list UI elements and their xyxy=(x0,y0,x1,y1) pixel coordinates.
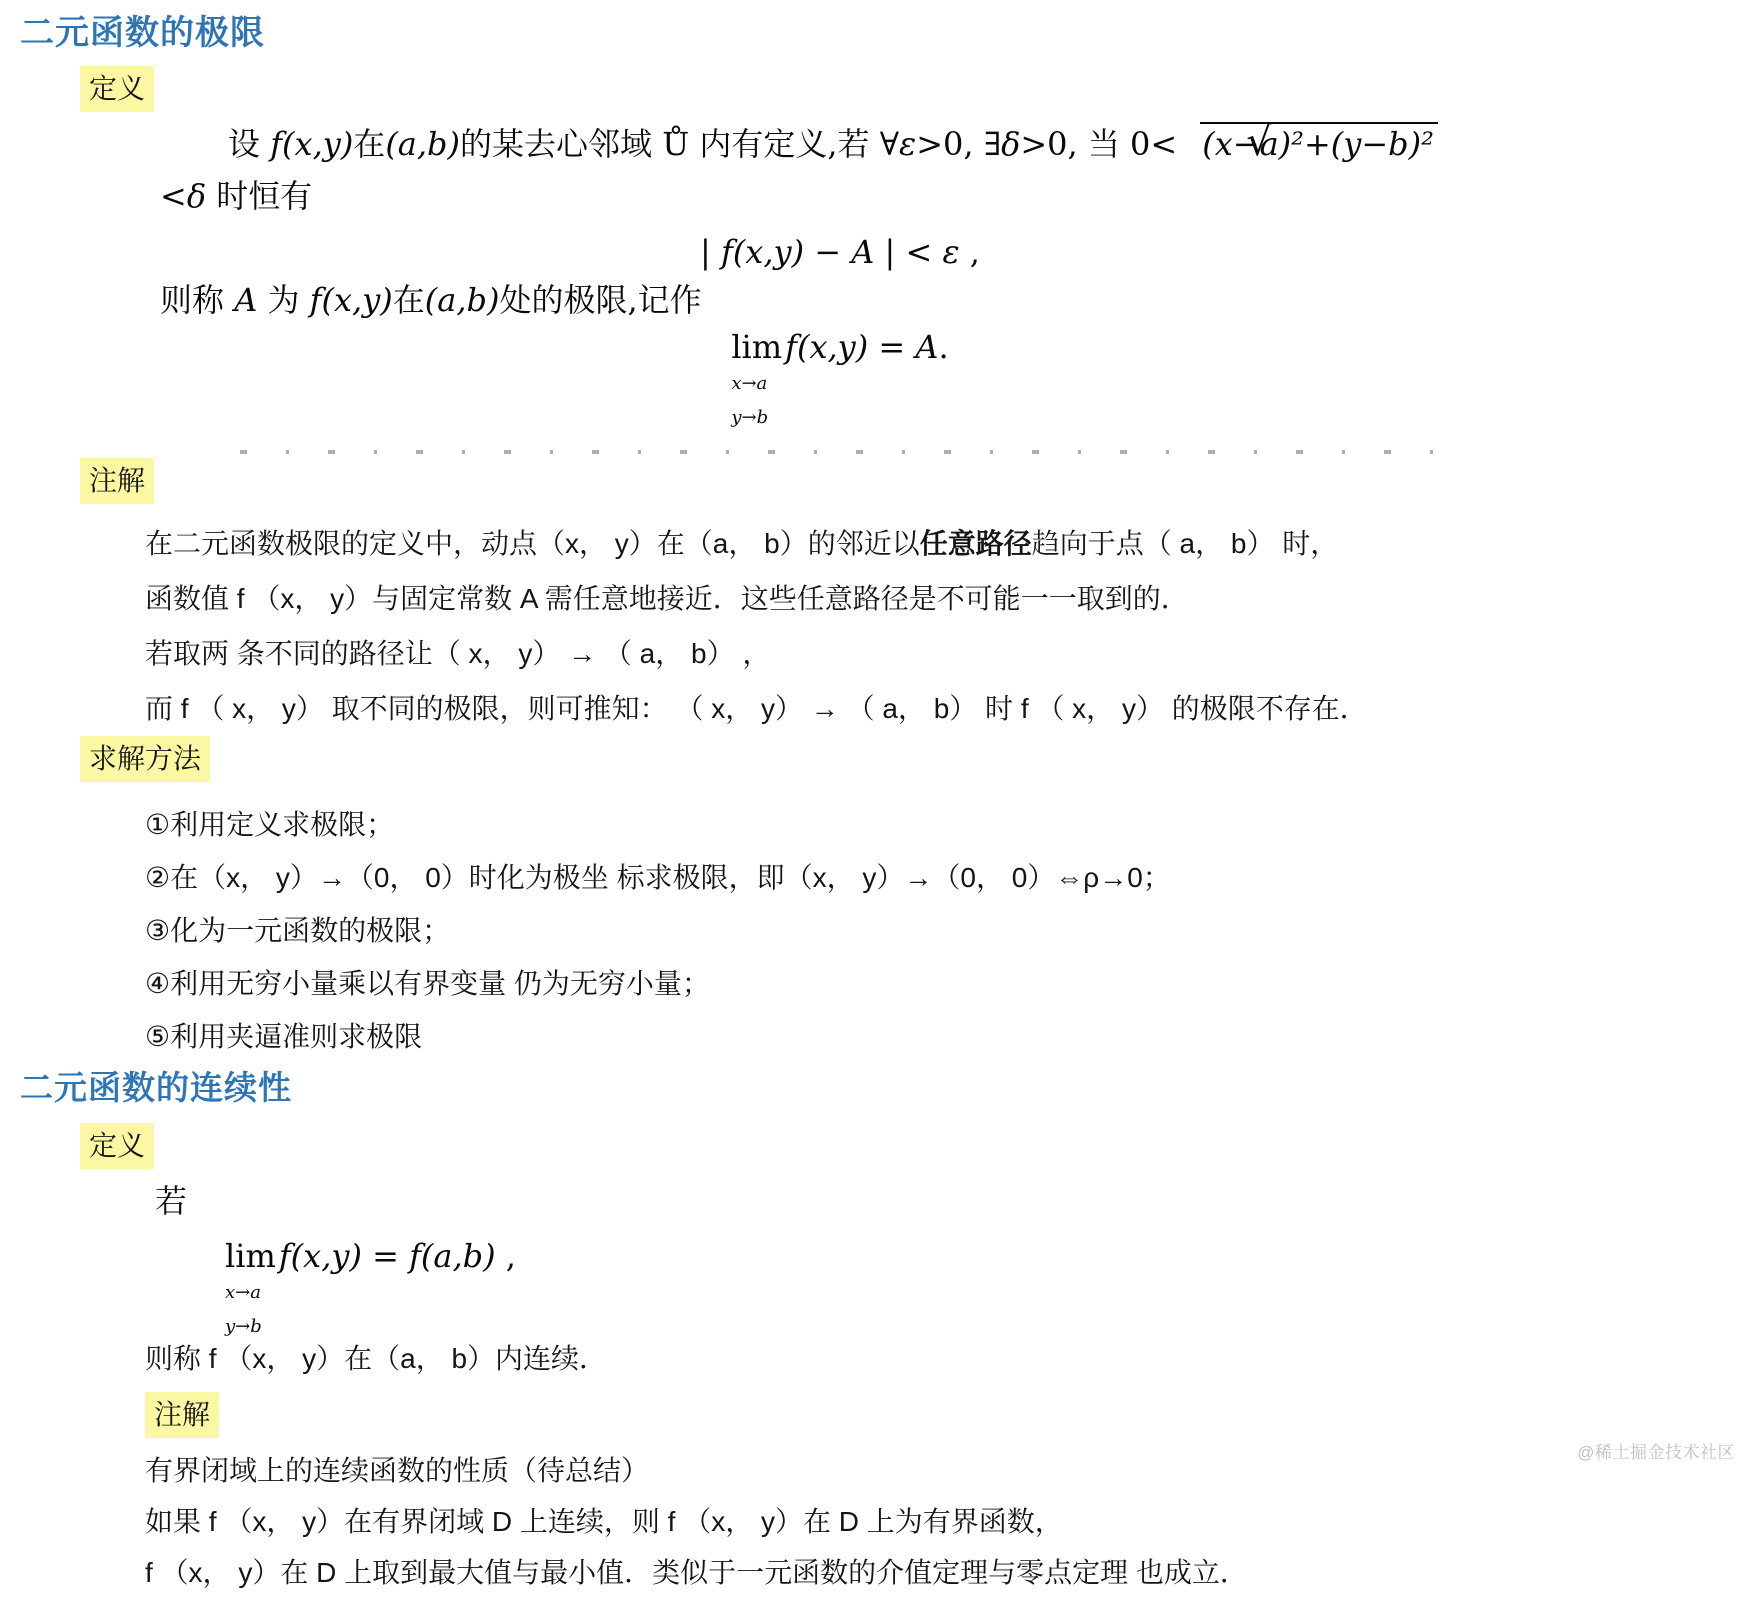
limit-notation-formula: lim x→a y→b f(x,y) = A. xyxy=(731,326,948,428)
definition-badge-row-continuity: 定义 xyxy=(80,1123,1749,1169)
note-badge-row-limit: 注解 xyxy=(80,458,1749,504)
section-limit: 二元函数的极限 定义 设 f(x,y)在(a,b)的某去心邻域 Ů 内有定义,若… xyxy=(0,12,1749,1063)
continuity-note-paragraph: 有界闭域上的连续函数的性质（待总结） 如果 f （x， y）在有界闭域 D 上连… xyxy=(145,1445,1749,1598)
lim-word-2: lim xyxy=(225,1235,276,1277)
definition-badge-row-limit: 定义 xyxy=(80,66,1749,112)
note-label-limit: 注解 xyxy=(80,458,154,504)
note-badge-row-continuity: 注解 xyxy=(145,1389,1749,1435)
method-item-1: ①利用定义求极限； xyxy=(145,798,1749,851)
lim-subscript-x-2: x→a xyxy=(225,1283,261,1303)
method-item-4: ④利用无穷小量乘以有界变量 仍为无穷小量； xyxy=(145,957,1749,1010)
lim-word: lim xyxy=(731,326,782,368)
method-item-5: ⑤利用夹逼准则求极限 xyxy=(145,1010,1749,1063)
limit-definition-formula: 设 f(x,y)在(a,b)的某去心邻域 Ů 内有定义,若 ∀ε>0, ∃δ>0… xyxy=(0,118,1749,428)
definition-label-continuity: 定义 xyxy=(80,1123,154,1169)
method-item-3: ③化为一元函数的极限； xyxy=(145,904,1749,957)
method-list: ①利用定义求极限； ②在（x， y）→（0， 0）时化为极坐 标求极限，即（x，… xyxy=(145,798,1749,1063)
note-line-4: 而 f （ x， y） 取不同的极限，则可推知： （ x， y） → （ a， … xyxy=(145,681,1749,736)
lim-operator-2: lim x→a y→b xyxy=(225,1235,276,1337)
formula-line-2: <δ 时恒有 xyxy=(160,170,1749,222)
note-line-1: 在二元函数极限的定义中，动点（x， y）在（a， b）的邻近以任意路径趋向于点（… xyxy=(145,516,1749,571)
continuity-note-line-2: 如果 f （x， y）在有界闭域 D 上连续，则 f （x， y）在 D 上为有… xyxy=(145,1496,1749,1547)
juejin-watermark: @稀土掘金技术社区 xyxy=(1577,1438,1735,1463)
note-line-2: 函数值 f （x， y）与固定常数 A 需任意地接近．这些任意路径是不可能一一取… xyxy=(145,571,1749,626)
limit-notation-box: lim x→a y→b f(x,y) = A. xyxy=(0,326,1680,428)
lim-body-expression: f(x,y) = A. xyxy=(785,326,949,368)
formula-abs-inequality: | f(x,y) − A | < ε , xyxy=(0,228,1680,276)
method-item-2: ②在（x， y）→（0， 0）时化为极坐 标求极限，即（x， y）→（0， 0）… xyxy=(145,851,1749,904)
lim-subscript-y: y→b xyxy=(731,408,768,428)
definition-label-limit: 定义 xyxy=(80,66,154,112)
limit-note-paragraph: 在二元函数极限的定义中，动点（x， y）在（a， b）的邻近以任意路径趋向于点（… xyxy=(145,516,1749,736)
method-badge-row: 求解方法 xyxy=(80,736,1749,782)
lim-operator: lim x→a y→b xyxy=(731,326,782,428)
lim-subscript-y-2: y→b xyxy=(225,1317,262,1337)
continuity-conclusion: 则称 f （x， y）在（a， b）内连续． xyxy=(145,1337,1749,1381)
continuity-lim-formula: lim x→a y→b f(x,y) = f(a,b) , xyxy=(225,1235,1749,1337)
method-label: 求解方法 xyxy=(80,736,210,782)
if-word-line: 若 xyxy=(155,1183,1749,1219)
cropped-text-fragments xyxy=(240,450,1470,454)
math-notes-page: 二元函数的极限 定义 设 f(x,y)在(a,b)的某去心邻域 Ů 内有定义,若… xyxy=(0,0,1749,1603)
lim-subscript-x: x→a xyxy=(731,374,767,394)
note-line-3: 若取两 条不同的路径让（ x， y） → （ a， b） ， xyxy=(145,626,1749,681)
section-continuity: 二元函数的连续性 定义 若 lim x→a y→b f(x,y) = f(a,b… xyxy=(0,1067,1749,1598)
note-label-continuity: 注解 xyxy=(145,1392,219,1438)
formula-line-1: 设 f(x,y)在(a,b)的某去心邻域 Ů 内有定义,若 ∀ε>0, ∃δ>0… xyxy=(160,118,1749,170)
section-title-continuity: 二元函数的连续性 xyxy=(20,1067,1749,1109)
section-title-limit: 二元函数的极限 xyxy=(20,12,1749,54)
continuity-note-line-3: f （x， y）在 D 上取到最大值与最小值．类似于一元函数的介值定理与零点定理… xyxy=(145,1547,1749,1598)
continuity-note-line-1: 有界闭域上的连续函数的性质（待总结） xyxy=(145,1445,1749,1496)
lim-body-expression-2: f(x,y) = f(a,b) , xyxy=(279,1235,516,1277)
formula-line-3: 则称 A 为 f(x,y)在(a,b)处的极限,记作 xyxy=(160,276,1749,324)
